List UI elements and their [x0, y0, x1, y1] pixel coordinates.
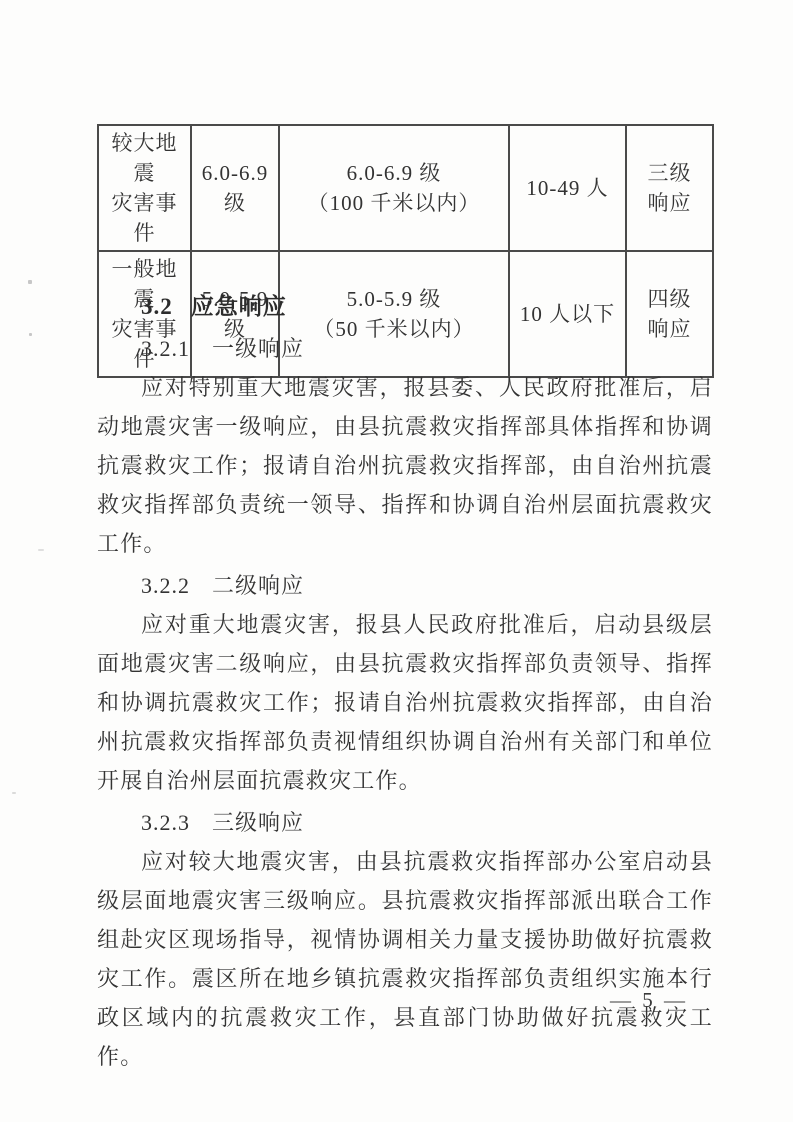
paragraph-level-2-response: 应对重大地震灾害，报县人民政府批准后，启动县级层面地震灾害二级响应，由县抗震救灾… [97, 605, 713, 800]
cell-casualties: 10-49 人 [509, 125, 626, 251]
page-number: — 5 — [610, 988, 688, 1013]
scope-line2: （100 千米以内） [284, 188, 504, 218]
cell-response-level: 三级 响应 [626, 125, 713, 251]
subsection-heading-3-2-1: 3.2.1一级响应 [97, 329, 713, 368]
subsection-heading-3-2-3: 3.2.3三级响应 [97, 803, 713, 842]
section-title: 应急响应 [191, 293, 287, 319]
scan-artifact [12, 792, 16, 794]
section-number: 3.2 [141, 294, 173, 319]
scope-line1: 6.0-6.9 级 [284, 158, 504, 188]
subsection-number: 3.2.2 [141, 573, 190, 598]
subsection-heading-3-2-2: 3.2.2二级响应 [97, 566, 713, 605]
document-page: 较大地震 灾害事件 6.0-6.9 级 6.0-6.9 级 （100 千米以内）… [0, 0, 793, 1122]
paragraph-level-3-response: 应对较大地震灾害，由县抗震救灾指挥部办公室启动县级层面地震灾害三级响应。县抗震救… [97, 842, 713, 1076]
cell-magnitude: 6.0-6.9 级 [191, 125, 279, 251]
paragraph-level-1-response: 应对特别重大地震灾害，报县委、人民政府批准后，启动地震灾害一级响应，由县抗震救灾… [97, 368, 713, 563]
cell-event-type: 较大地震 灾害事件 [98, 125, 191, 251]
response-level-line1: 三级 [631, 158, 708, 188]
subsection-title: 三级响应 [212, 810, 304, 835]
section-heading-3-2: 3.2应急响应 [97, 287, 713, 326]
subsection-title: 一级响应 [212, 336, 304, 361]
table-row-major-quake: 较大地震 灾害事件 6.0-6.9 级 6.0-6.9 级 （100 千米以内）… [98, 125, 713, 251]
event-type-line2: 灾害事件 [103, 188, 186, 248]
cell-scope: 6.0-6.9 级 （100 千米以内） [279, 125, 509, 251]
subsection-number: 3.2.1 [141, 336, 190, 361]
subsection-number: 3.2.3 [141, 810, 190, 835]
scan-artifact [28, 280, 32, 284]
response-level-line2: 响应 [631, 188, 708, 218]
scan-artifact [38, 549, 44, 551]
scan-artifact [29, 333, 32, 336]
document-body: 3.2应急响应 3.2.1一级响应 应对特别重大地震灾害，报县委、人民政府批准后… [97, 285, 713, 1076]
subsection-title: 二级响应 [212, 573, 304, 598]
event-type-line1: 较大地震 [103, 128, 186, 188]
